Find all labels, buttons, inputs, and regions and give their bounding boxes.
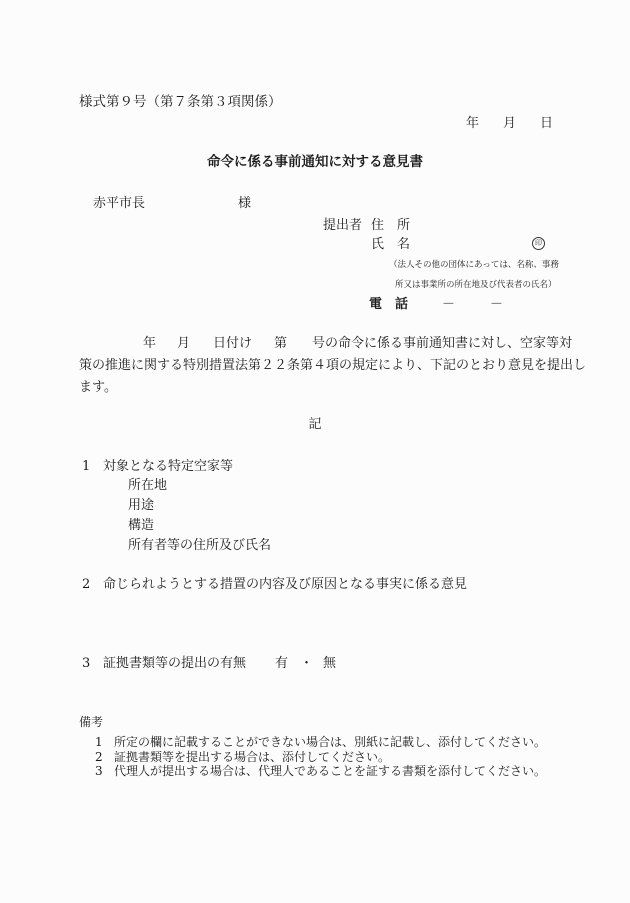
phone-label: 電 話 — [369, 298, 408, 311]
body-line2: 策の推進に関する特別措置法第２２条第４項の規定により、下記のとおり意見を提出し — [79, 359, 586, 372]
body-number-label: 第 — [274, 337, 287, 350]
form-number: 様式第９号（第７条第３項関係） — [79, 96, 282, 110]
sub-item-location: 所在地 — [128, 479, 167, 492]
seal-mark: 印 — [532, 237, 545, 250]
evidence-option-yes: 有 — [275, 657, 288, 670]
evidence-option-separator: ・ — [300, 657, 313, 670]
corporate-note-line1: （法人その他の団体にあっては、名称、事務 — [389, 261, 559, 270]
item-2-number: 2 — [82, 578, 90, 591]
body-line1-rest: 号の命令に係る事前通知書に対し、空家等対 — [312, 337, 572, 350]
remark-2-number: 2 — [95, 751, 103, 763]
body-month-label: 月 — [177, 337, 190, 350]
remark-3-number: 3 — [95, 765, 103, 777]
corporate-note-line2: 所又は事業所の所在地及び代表者の氏名） — [395, 281, 557, 290]
item-1-label: 対象となる特定空家等 — [103, 460, 233, 473]
ki-heading: 記 — [0, 418, 630, 431]
phone-separator-2: － — [490, 298, 503, 311]
item-2-label: 命じられようとする措置の内容及び原因となる事実に係る意見 — [103, 578, 467, 591]
evidence-option-no: 無 — [323, 657, 336, 670]
remark-1-number: 1 — [95, 736, 103, 748]
item-3-label: 証拠書類等の提出の有無 — [103, 657, 246, 670]
date-month-label: 月 — [503, 117, 516, 130]
phone-separator-1: － — [442, 298, 455, 311]
remarks-title: 備考 — [79, 716, 103, 728]
body-year-label: 年 — [143, 337, 156, 350]
body-line3: ます。 — [79, 381, 117, 394]
remark-1-text: 所定の欄に記載することができない場合は、別紙に記載し、添付してください。 — [114, 736, 546, 748]
item-1-number: 1 — [82, 460, 90, 473]
remark-2-text: 証拠書類等を提出する場合は、添付してください。 — [114, 751, 390, 763]
addressee: 赤平市長 — [93, 197, 145, 210]
sub-item-owner: 所有者等の住所及び氏名 — [128, 539, 271, 552]
body-day-label: 日付け — [213, 337, 252, 350]
sub-item-usage: 用途 — [128, 499, 154, 512]
item-3-number: 3 — [82, 657, 90, 670]
submitter-label: 提出者 — [323, 219, 362, 232]
name-label: 氏 名 — [371, 238, 410, 251]
sub-item-structure: 構造 — [128, 519, 154, 532]
date-year-label: 年 — [466, 117, 479, 130]
remark-3-text: 代理人が提出する場合は、代理人であることを証する書類を添付してください。 — [114, 765, 546, 777]
date-day-label: 日 — [540, 117, 553, 130]
document-title: 命令に係る事前通知に対する意見書 — [0, 156, 630, 170]
address-label: 住 所 — [371, 219, 410, 232]
honorific: 様 — [238, 197, 251, 210]
